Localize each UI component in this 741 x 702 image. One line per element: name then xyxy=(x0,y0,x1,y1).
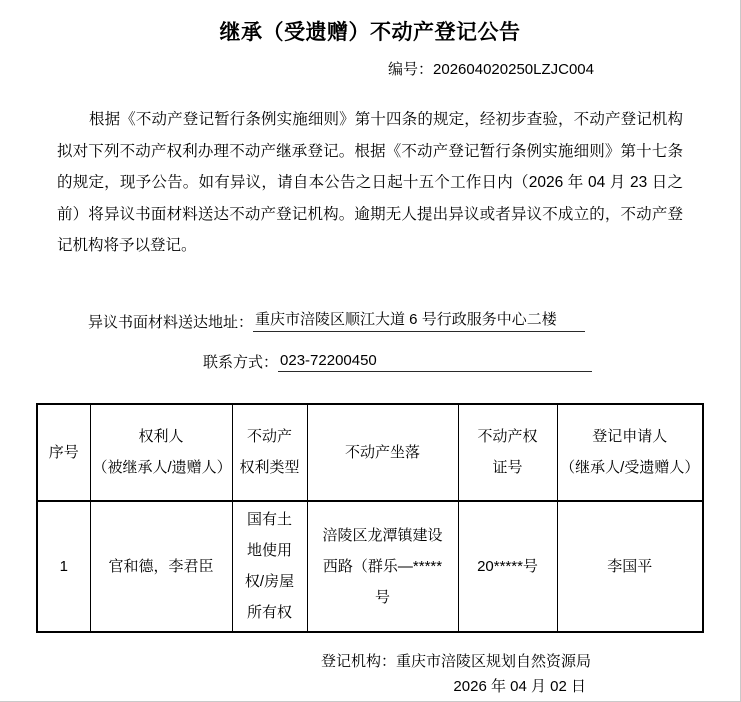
header-cell-applicant: 登记申请人 （继承人/受遗赠人） xyxy=(557,404,703,501)
cell-applicant: 李国平 xyxy=(557,501,703,632)
header-cell-right-holder: 权利人 （被继承人/遗赠人） xyxy=(90,404,232,501)
address-row: 异议书面材料送达地址：重庆市涪陵区顺江大道 6 号行政服务中心二楼 xyxy=(88,308,740,330)
document-number-label: 编号： xyxy=(388,61,433,78)
cell-right-type: 国有土 地使用 权/房屋 所有权 xyxy=(232,501,307,632)
footer-agency: 登记机构：重庆市涪陵区规划自然资源局 xyxy=(0,653,740,671)
contact-value: 023-72200450 xyxy=(278,352,592,372)
fill-in-section: 异议书面材料送达地址：重庆市涪陵区顺江大道 6 号行政服务中心二楼 联系方式：0… xyxy=(0,308,740,373)
cell-right-holder: 官和德，李君臣 xyxy=(90,501,232,632)
contact-label: 联系方式： xyxy=(203,351,278,372)
table-header-row: 序号 权利人 （被继承人/遗赠人） 不动产 权利类型 不动产坐落 不动产权 证号… xyxy=(37,404,703,501)
contact-row: 联系方式：023-72200450 xyxy=(203,351,740,373)
footer-agency-label: 登记机构： xyxy=(321,653,396,670)
footer-date: 2026 年 04 月 02 日 xyxy=(0,678,740,696)
page-title: 继承（受遗赠）不动产登记公告 xyxy=(0,0,740,46)
header-cell-location: 不动产坐落 xyxy=(307,404,458,501)
cell-cert-no: 20*****号 xyxy=(458,501,557,632)
address-value: 重庆市涪陵区顺江大道 6 号行政服务中心二楼 xyxy=(253,308,585,332)
header-cell-right-type: 不动产 权利类型 xyxy=(232,404,307,501)
registration-table: 序号 权利人 （被继承人/遗赠人） 不动产 权利类型 不动产坐落 不动产权 证号… xyxy=(36,403,704,633)
announcement-page: 继承（受遗赠）不动产登记公告 编号：202604020250LZJC004 根据… xyxy=(0,0,741,702)
notice-paragraph: 根据《不动产登记暂行条例实施细则》第十四条的规定，经初步查验，不动产登记机构拟对… xyxy=(57,104,683,262)
cell-serial: 1 xyxy=(37,501,90,632)
table-row: 1 官和德，李君臣 国有土 地使用 权/房屋 所有权 涪陵区龙潭镇建设 西路（群… xyxy=(37,501,703,632)
header-cell-serial: 序号 xyxy=(37,404,90,501)
header-cell-cert-no: 不动产权 证号 xyxy=(458,404,557,501)
address-label: 异议书面材料送达地址： xyxy=(88,311,253,332)
cell-location: 涪陵区龙潭镇建设 西路（群乐—***** 号 xyxy=(307,501,458,632)
document-number-value: 202604020250LZJC004 xyxy=(433,61,594,78)
document-number: 编号：202604020250LZJC004 xyxy=(0,58,740,79)
footer-agency-value: 重庆市涪陵区规划自然资源局 xyxy=(396,653,591,670)
